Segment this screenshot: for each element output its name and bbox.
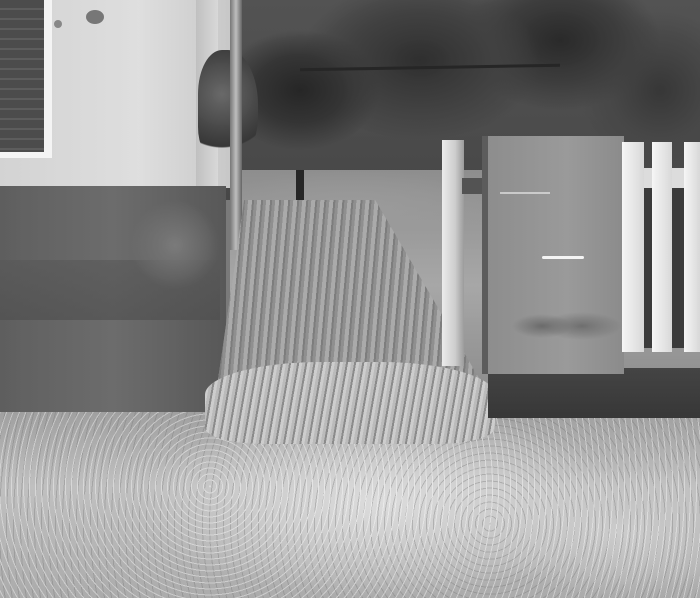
wall-stain: [86, 10, 104, 24]
window-shutter: [0, 0, 44, 152]
chalk-mark: [500, 192, 550, 194]
water-cascade: [205, 362, 495, 444]
ivy-plant: [198, 50, 258, 160]
concrete-gate-pillar: [482, 136, 624, 374]
fence-picket: [684, 142, 700, 352]
flood-photograph: [0, 0, 700, 598]
open-gate-door: [442, 140, 464, 366]
chalk-mark: [542, 256, 584, 259]
fence-picket: [652, 142, 672, 352]
fence-picket: [622, 142, 644, 352]
drain-pipe: [230, 0, 242, 250]
fence-footing: [488, 368, 700, 418]
wall-stain: [54, 20, 62, 28]
light-reflection: [130, 200, 220, 290]
